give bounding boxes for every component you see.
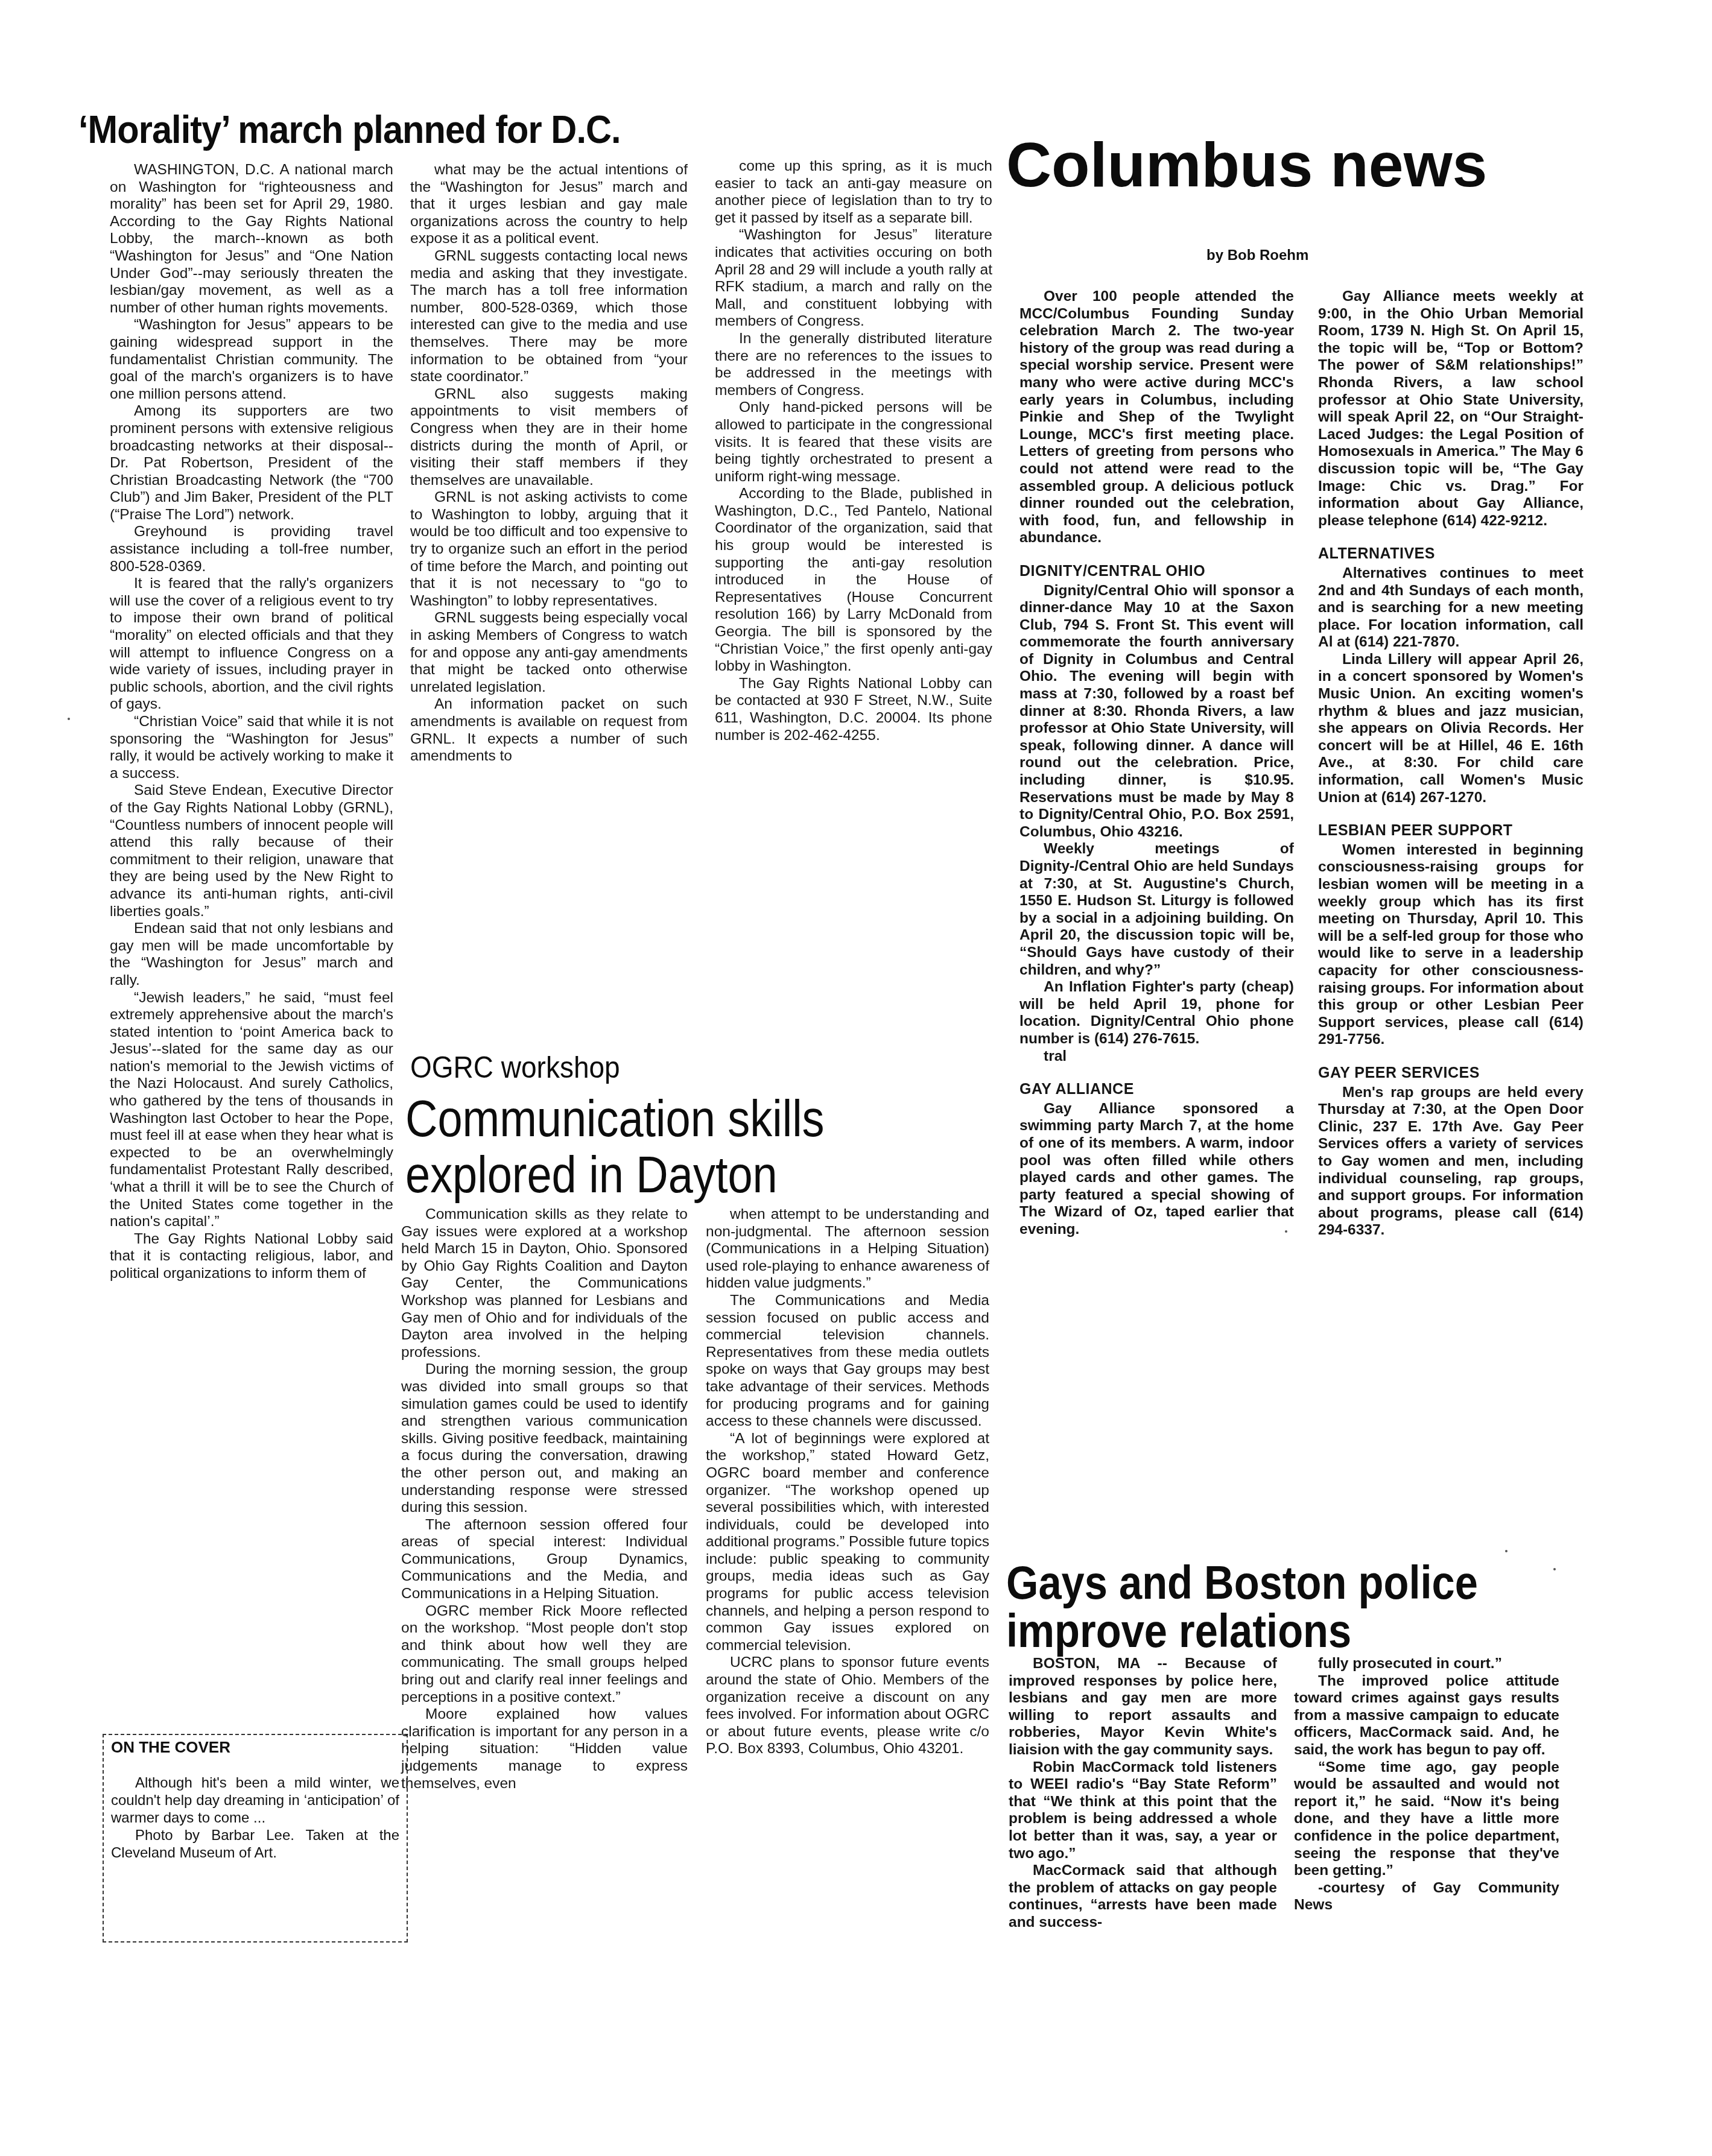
- boston-headline-line2: improve relations: [1006, 1607, 1351, 1654]
- ogrc-column-1: Communication skills as they relate to G…: [401, 1206, 688, 1792]
- paragraph: MacCormack said that although the proble…: [1009, 1862, 1277, 1931]
- section-heading: LESBIAN PEER SUPPORT: [1318, 822, 1584, 839]
- paragraph: GRNL suggests being especially vocal in …: [410, 610, 688, 696]
- paragraph: Alternatives continues to meet 2nd and 4…: [1318, 565, 1584, 651]
- ogrc-column-2: when attempt to be understanding and non…: [706, 1206, 989, 1758]
- morality-column-2: what may be the actual intentions of the…: [410, 162, 688, 765]
- paragraph: Endean said that not only lesbians and g…: [110, 920, 393, 989]
- ogrc-headline-line2: explored in Dayton: [405, 1149, 778, 1201]
- print-speck: [1505, 1550, 1508, 1552]
- paragraph: Moore explained how values clarification…: [401, 1706, 688, 1792]
- paragraph: Communication skills as they relate to G…: [401, 1206, 688, 1361]
- paragraph: Among its supporters are two prominent p…: [110, 403, 393, 523]
- paragraph: Linda Lillery will appear April 26, in a…: [1318, 651, 1584, 806]
- paragraph: Women interested in beginning consciousn…: [1318, 842, 1584, 1049]
- paragraph: “A lot of beginnings were explored at th…: [706, 1430, 989, 1655]
- paragraph: fully prosecuted in court.”: [1294, 1655, 1559, 1673]
- paragraph: During the morning session, the group wa…: [401, 1361, 688, 1516]
- paragraph: An Inflation Fighter's party (cheap) wil…: [1019, 979, 1294, 1048]
- paragraph: Gay Alliance meets weekly at 9:00, in th…: [1318, 288, 1584, 530]
- paragraph: In the generally distributed literature …: [715, 330, 992, 399]
- paragraph: Over 100 people attended the MCC/Columbu…: [1019, 288, 1294, 547]
- paragraph: It is feared that the rally's organizers…: [110, 575, 393, 713]
- paragraph: Robin MacCormack told listeners to WEEI …: [1009, 1759, 1277, 1863]
- paragraph: WASHINGTON, D.C. A national march on Was…: [110, 162, 393, 317]
- paragraph: what may be the actual intentions of the…: [410, 162, 688, 248]
- paragraph: GRNL is not asking activists to come to …: [410, 489, 688, 610]
- boston-column-2: fully prosecuted in court.”The improved …: [1294, 1655, 1559, 1914]
- paragraph: The afternoon session offered four areas…: [401, 1517, 688, 1603]
- on-the-cover-box: ON THE COVER Although hit's been a mild …: [103, 1734, 408, 1943]
- paragraph: “Christian Voice” said that while it is …: [110, 713, 393, 782]
- morality-headline: ‘Morality’ march planned for D.C.: [78, 110, 621, 149]
- paragraph: UCRC plans to sponsor future events arou…: [706, 1654, 989, 1758]
- paragraph: “Some time ago, gay people would be assa…: [1294, 1759, 1559, 1880]
- boston-column-1: BOSTON, MA -- Because of improved respon…: [1009, 1655, 1277, 1932]
- paragraph: Weekly meetings of Dignity-/Central Ohio…: [1019, 841, 1294, 979]
- paragraph: when attempt to be understanding and non…: [706, 1206, 989, 1292]
- section-heading: GAY ALLIANCE: [1019, 1081, 1294, 1098]
- section-heading: ALTERNATIVES: [1318, 545, 1584, 563]
- paragraph: The improved police attitude toward crim…: [1294, 1673, 1559, 1759]
- paragraph: Gay Alliance sponsored a swimming party …: [1019, 1101, 1294, 1239]
- paragraph: “Jewish leaders,” he said, “must feel ex…: [110, 990, 393, 1231]
- paragraph: BOSTON, MA -- Because of improved respon…: [1009, 1655, 1277, 1759]
- paragraph: GRNL suggests contacting local news medi…: [410, 248, 688, 386]
- section-heading: GAY PEER SERVICES: [1318, 1064, 1584, 1082]
- paragraph: GRNL also suggests making appointments t…: [410, 386, 688, 490]
- paragraph: Men's rap groups are held every Thursday…: [1318, 1084, 1584, 1239]
- section-heading: DIGNITY/CENTRAL OHIO: [1019, 563, 1294, 580]
- ogrc-kicker: OGRC workshop: [410, 1052, 620, 1083]
- paragraph: The Gay Rights National Lobby said that …: [110, 1231, 393, 1283]
- on-the-cover-title: ON THE COVER: [111, 1739, 399, 1756]
- paragraph: Dignity/Central Ohio will sponsor a dinn…: [1019, 583, 1294, 841]
- paragraph: tral: [1019, 1048, 1294, 1066]
- on-the-cover-text: Although hit's been a mild winter, we co…: [111, 1774, 399, 1862]
- paragraph: “Washington for Jesus” appears to be gai…: [110, 317, 393, 403]
- paragraph: The Gay Rights National Lobby can be con…: [715, 675, 992, 744]
- paragraph: The Communications and Media session foc…: [706, 1292, 989, 1430]
- columbus-column-2: Gay Alliance meets weekly at 9:00, in th…: [1318, 288, 1584, 1239]
- ogrc-headline-line1: Communication skills: [405, 1093, 825, 1145]
- morality-column-1: WASHINGTON, D.C. A national march on Was…: [110, 162, 393, 1591]
- paragraph: Only hand-picked persons will be allowed…: [715, 399, 992, 485]
- paragraph: Although hit's been a mild winter, we co…: [111, 1774, 399, 1827]
- boston-headline-line1: Gays and Boston police: [1006, 1559, 1478, 1606]
- paragraph: come up this spring, as it is much easie…: [715, 158, 992, 227]
- paragraph: -courtesy of Gay Community News: [1294, 1880, 1559, 1914]
- paragraph: Said Steve Endean, Executive Director of…: [110, 782, 393, 920]
- print-speck: [68, 718, 70, 720]
- paragraph: An information packet on such amendments…: [410, 696, 688, 765]
- print-speck: [1285, 1230, 1287, 1233]
- paragraph: OGRC member Rick Moore reflected on the …: [401, 1603, 688, 1707]
- columbus-headline: Columbus news: [1006, 134, 1487, 197]
- morality-column-3: come up this spring, as it is much easie…: [715, 158, 992, 744]
- paragraph: “Washington for Jesus” literature indica…: [715, 227, 992, 330]
- columbus-byline: by Bob Roehm: [1206, 247, 1308, 264]
- print-speck: [1553, 1568, 1556, 1570]
- paragraph: According to the Blade, published in Was…: [715, 485, 992, 675]
- paragraph: Photo by Barbar Lee. Taken at the Clevel…: [111, 1827, 399, 1862]
- columbus-column-1: Over 100 people attended the MCC/Columbu…: [1019, 288, 1294, 1238]
- paragraph: Greyhound is providing travel assistance…: [110, 523, 393, 575]
